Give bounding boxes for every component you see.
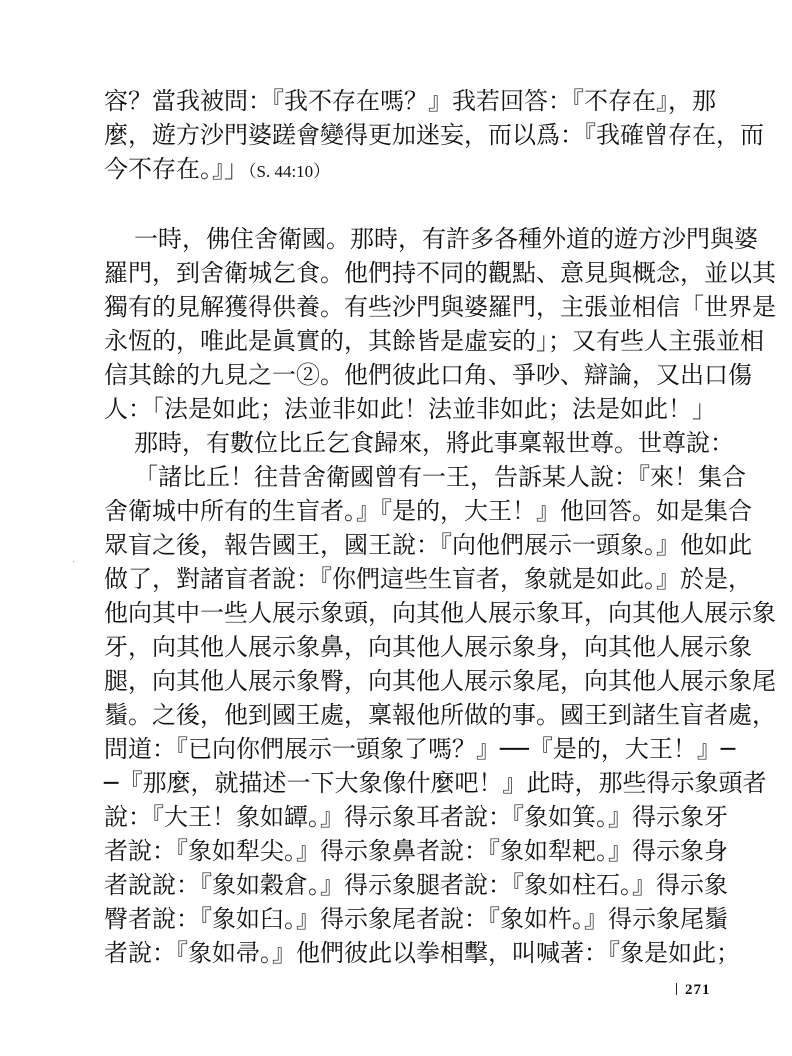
text-line: 獨有的見解獲得供養。有些沙門與婆羅門，主張並相信「世界是 (104, 292, 710, 322)
page-number: 271 (685, 982, 711, 998)
text-line: 一時，佛住舍衛國。那時，有許多各種外道的遊方沙門與婆 (134, 224, 710, 254)
text-line: 舍衛城中所有的生盲者。』『是的，大王！』他回答。如是集合 (104, 496, 710, 526)
text-line: 問道：『已向你們展示一頭象了嗎？』──『是的，大王！』─ (104, 734, 710, 764)
text-line: 做了，對諸盲者說：『你們這些生盲者，象就是如此。』於是， (104, 564, 710, 594)
document-page: 容？當我被問：『我不存在嗎？』我若回答：『不存在』，那 麼，遊方沙門婆蹉會變得更… (0, 0, 792, 1056)
text-line: 鬚。之後，他到國王處，稟報他所做的事。國王到諸生盲者處， (104, 700, 710, 730)
text-line: 眾盲之後，報告國王，國王說：『向他們展示一頭象。』他如此 (104, 530, 710, 560)
text-line: 那時，有數位比丘乞食歸來，將此事稟報世尊。世尊說： (134, 428, 710, 458)
text-line: 容？當我被問：『我不存在嗎？』我若回答：『不存在』，那 (104, 86, 710, 116)
scan-speck (73, 561, 74, 562)
text-line: ─『那麼，就描述一下大象像什麼吧！』此時，那些得示象頭者 (104, 768, 710, 798)
text-line: 臀者說：『象如臼。』得示象尾者說：『象如杵。』得示象尾鬚 (104, 904, 710, 934)
text-line: 牙，向其他人展示象鼻，向其他人展示象身，向其他人展示象 (104, 632, 710, 662)
folio-divider (676, 983, 677, 995)
text-line: 他向其中一些人展示象頭，向其他人展示象耳，向其他人展示象 (104, 598, 710, 628)
text-line-content: 今不存在。』」 (104, 155, 248, 183)
text-line: 者說說：『象如穀倉。』得示象腿者說：『象如柱石。』得示象 (104, 870, 710, 900)
text-line: 說：『大王！象如罈。』得示象耳者說：『象如箕。』得示象牙 (104, 802, 710, 832)
text-line: 者說：『象如帚。』他們彼此以拳相擊，叫喊著：『象是如此； (104, 938, 710, 968)
text-line: 永恆的，唯此是眞實的，其餘皆是虛妄的」；又有些人主張並相 (104, 326, 710, 356)
page-folio: 271 (676, 982, 711, 999)
sutta-citation: （S. 44:10） (248, 162, 330, 181)
text-line: 腿，向其他人展示象臀，向其他人展示象尾，向其他人展示象尾 (104, 666, 710, 696)
text-line: 羅門，到舍衛城乞食。他們持不同的觀點、意見與概念，並以其 (104, 258, 710, 288)
text-line: 人：「法是如此；法並非如此！法並非如此；法是如此！」 (104, 394, 710, 424)
text-line: 者說：『象如犁尖。』得示象鼻者說：『象如犁耙。』得示象身 (104, 836, 710, 866)
text-line: 「諸比丘！往昔舍衛國曾有一王，告訴某人說：『來！集合 (134, 462, 710, 492)
text-line: 今不存在。』」（S. 44:10） (104, 154, 710, 187)
text-line: 麼，遊方沙門婆蹉會變得更加迷妄，而以爲：『我確曾存在，而 (104, 120, 710, 150)
text-line: 信其餘的九見之一②。他們彼此口角、爭吵、辯論，又出口傷 (104, 360, 710, 390)
